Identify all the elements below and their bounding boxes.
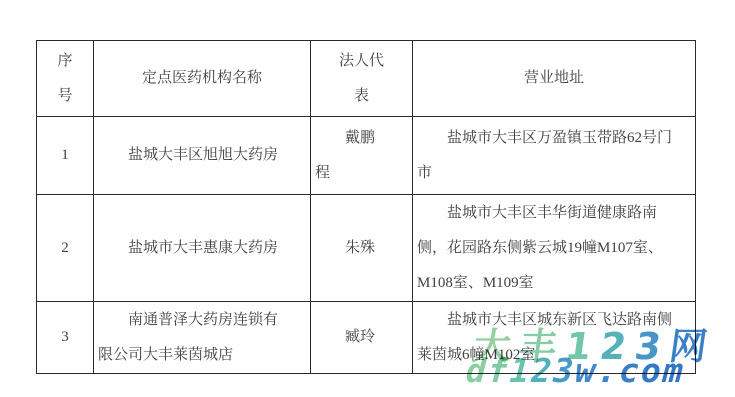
cell-address: 盐城市大丰区丰华街道健康路南 侧，花园路东侧紫云城19幢M107室、 M108室…: [413, 195, 696, 302]
column-header-name: 定点医药机构名称: [94, 41, 311, 117]
document-page: 序 号 定点医药机构名称 法人代 表 营业地址 1 盐城大丰区旭旭大药房 戴鹏 …: [0, 0, 735, 397]
cell-index: 1: [37, 117, 94, 195]
column-header-rep: 法人代 表: [311, 41, 413, 117]
column-header-index: 序 号: [37, 41, 94, 117]
pharmacy-table: 序 号 定点医药机构名称 法人代 表 营业地址 1 盐城大丰区旭旭大药房 戴鹏 …: [36, 40, 696, 374]
cell-name: 盐城市大丰惠康大药房: [94, 195, 311, 302]
cell-name: 盐城大丰区旭旭大药房: [94, 117, 311, 195]
cell-address: 盐城市大丰区万盈镇玉带路62号门 市: [413, 117, 696, 195]
cell-address: 盐城市大丰区城东新区飞达路南侧 莱茵城6幢M102室: [413, 302, 696, 374]
table-header-row: 序 号 定点医药机构名称 法人代 表 营业地址: [37, 41, 696, 117]
cell-index: 3: [37, 302, 94, 374]
cell-rep: 戴鹏 程: [311, 117, 413, 195]
cell-rep: 朱殊: [311, 195, 413, 302]
cell-name: 南通普泽大药房连锁有 限公司大丰莱茵城店: [94, 302, 311, 374]
table-row: 1 盐城大丰区旭旭大药房 戴鹏 程 盐城市大丰区万盈镇玉带路62号门 市: [37, 117, 696, 195]
table-row: 2 盐城市大丰惠康大药房 朱殊 盐城市大丰区丰华街道健康路南 侧，花园路东侧紫云…: [37, 195, 696, 302]
column-header-address: 营业地址: [413, 41, 696, 117]
cell-index: 2: [37, 195, 94, 302]
cell-rep: 臧玲: [311, 302, 413, 374]
table-row: 3 南通普泽大药房连锁有 限公司大丰莱茵城店 臧玲 盐城市大丰区城东新区飞达路南…: [37, 302, 696, 374]
